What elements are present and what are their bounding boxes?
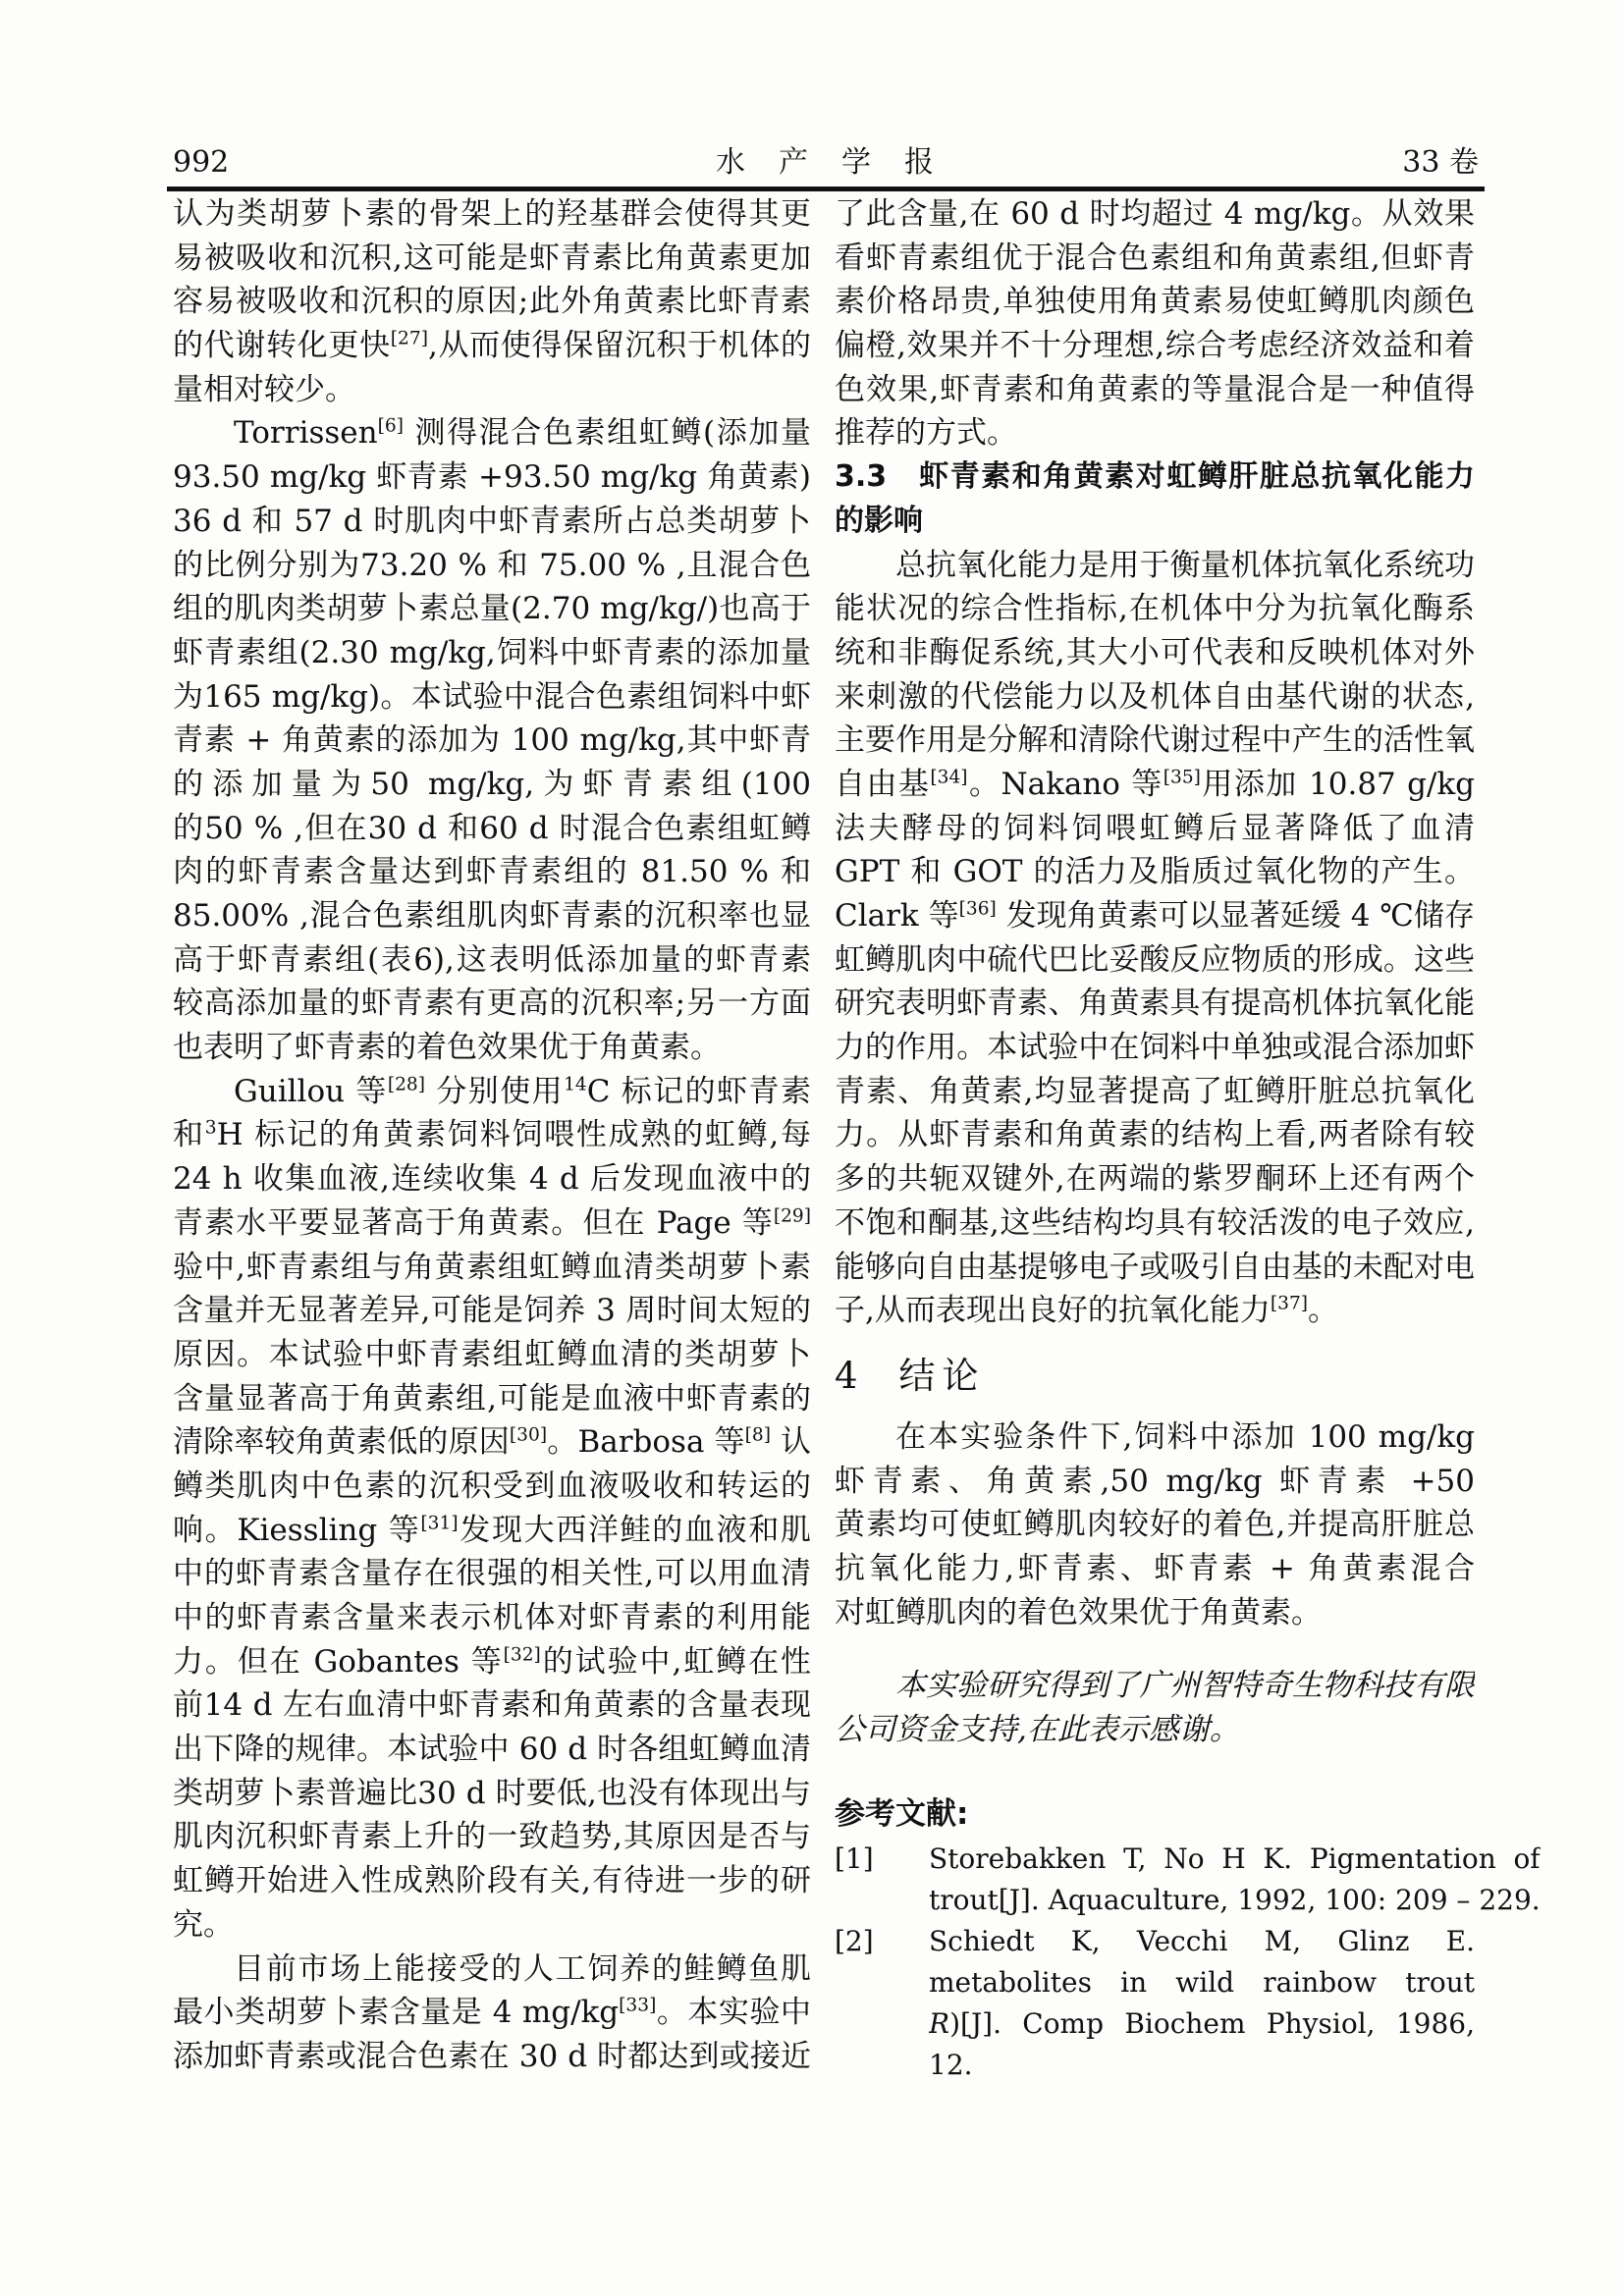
text-line: 组的肌肉类胡萝卜素总量(2.70 mg/kg/)也高于	[173, 587, 811, 631]
text-line: 公司资金支持,在此表示感谢。	[835, 1708, 1475, 1752]
volume-label: 33 卷	[1402, 143, 1479, 183]
citation-superscript: [32]	[504, 1644, 541, 1665]
text-line: 和3H 标记的角黄素饲料饲喂性成熟的虹鳟,每	[173, 1113, 811, 1157]
journal-title: 水 产 学 报	[173, 143, 1479, 183]
text-line: Torrissen[6] 测得混合色素组虹鳟(添加量为	[173, 411, 811, 455]
text-line: 最小类胡萝卜素含量是 4 mg/kg[33]。本实验中	[173, 1991, 811, 2035]
text-line: 参考文献:	[835, 1789, 1475, 1839]
citation-superscript: [6]	[378, 416, 404, 437]
text-line: 本实验研究得到了广州智特奇生物科技有限	[835, 1664, 1475, 1708]
citation-superscript: [27]	[391, 329, 428, 349]
acknowledgement: 本实验研究得到了广州智特奇生物科技有限公司资金支持,在此表示感谢。	[835, 1664, 1475, 1751]
reference-text: Schiedt K, Vecchi M, Glinz E. Astaxanthi…	[929, 1921, 1475, 2086]
text-line: 易被吸收和沉积,这可能是虾青素比角黄素更加	[173, 237, 811, 281]
text-line: 添加虾青素或混合色素在 30 d 时都达到或接近	[173, 2035, 811, 2079]
text-line: 抗氧化能力,虾青素、虾青素 + 角黄素混合(1:1)	[835, 1547, 1475, 1591]
text-line: 法夫酵母的饲料饲喂虹鳟后显著降低了血清	[835, 807, 1475, 851]
citation-superscript: 14	[564, 1074, 587, 1095]
text-line: 虹鳟开始进入性成熟阶段有关,有待进一步的研	[173, 1859, 811, 1903]
reference-item: [2]Schiedt K, Vecchi M, Glinz E. Astaxan…	[835, 1921, 1475, 2086]
citation-superscript: [36]	[959, 899, 997, 920]
text-line: 能够向自由基提够电子或吸引自由基的未配对电	[835, 1246, 1475, 1290]
text-line: 青素、角黄素,均显著提高了虹鳟肝脏总抗氧化能	[835, 1070, 1475, 1114]
text-line: 对虹鳟肌肉的着色效果优于角黄素。	[835, 1591, 1475, 1635]
citation-superscript: [37]	[1271, 1294, 1308, 1314]
species-name: R	[929, 2007, 949, 2040]
text-line: 了此含量,在 60 d 时均超过 4 mg/kg。从效果来	[835, 192, 1475, 237]
text-line: 在本实验条件下,饲料中添加 100 mg/kg 的	[835, 1415, 1475, 1460]
paragraph: 了此含量,在 60 d 时均超过 4 mg/kg。从效果来看虾青素组优于混合色素…	[835, 192, 1475, 455]
spacer	[835, 1752, 1475, 1789]
text-line: 的添加量为50 mg/kg,为虾青素组(100 mg/kg)	[173, 763, 811, 807]
text-line: 偏橙,效果并不十分理想,综合考虑经济效益和着	[835, 324, 1475, 368]
citation-superscript: [35]	[1163, 768, 1201, 788]
text-line: 93.50 mg/kg 虾青素 +93.50 mg/kg 角黄素)在	[173, 455, 811, 500]
citation-superscript: [33]	[619, 1996, 656, 2016]
paragraph: 总抗氧化能力是用于衡量机体抗氧化系统功能状况的综合性指标,在机体中分为抗氧化酶系…	[835, 544, 1475, 1333]
text-line: 肉的虾青素含量达到虾青素组的 81.50 % 和	[173, 850, 811, 894]
text-line: 来刺激的代偿能力以及机体自由基代谢的状态,	[835, 675, 1475, 720]
text-line: 色效果,虾青素和角黄素的等量混合是一种值得	[835, 368, 1475, 412]
text-line: R)[J]. Comp Biochem Physiol, 1986, 83B: …	[929, 2003, 1475, 2045]
text-line: 原因。本试验中虾青素组虹鳟血清的类胡萝卜素	[173, 1333, 811, 1377]
text-line: 验中,虾青素组与角黄素组虹鳟血清类胡萝卜素	[173, 1246, 811, 1290]
text-line: 青素水平要显著高于角黄素。但在 Page 等[29]试	[173, 1201, 811, 1246]
references-heading: 参考文献:	[835, 1789, 1475, 1839]
text-line: 素价格昂贵,单独使用角黄素易使虹鳟肌肉颜色	[835, 280, 1475, 324]
text-line: 力。但在 Gobantes 等[32]的试验中,虹鳟在性成熟	[173, 1640, 811, 1684]
subsection-heading: 3.3 虾青素和角黄素对虹鳟肝脏总抗氧化能力的影响	[835, 455, 1475, 543]
section-title: 结论	[899, 1355, 986, 1397]
text-line: 的比例分别为73.20 % 和 75.00 % ,且混合色素	[173, 544, 811, 588]
text-line: 中的虾青素含量存在很强的相关性,可以用血清	[173, 1552, 811, 1596]
citation-superscript: [29]	[774, 1205, 811, 1226]
reference-number: [1]	[835, 1839, 929, 1921]
text-line: 看虾青素组优于混合色素组和角黄素组,但虾青	[835, 237, 1475, 281]
paragraph: Torrissen[6] 测得混合色素组虹鳟(添加量为93.50 mg/kg 虾…	[173, 411, 811, 1069]
paragraph: 在本实验条件下,饲料中添加 100 mg/kg 的虾青素、角黄素,50 mg/k…	[835, 1415, 1475, 1634]
text-line: 的影响	[835, 500, 1475, 544]
text-line: 能状况的综合性指标,在机体中分为抗氧化酶系	[835, 587, 1475, 631]
text-line: 认为类胡萝卜素的骨架上的羟基群会使得其更容	[173, 192, 811, 237]
text-line: 目前市场上能接受的人工饲养的鲑鳟鱼肌肉	[173, 1948, 811, 1992]
left-column: 认为类胡萝卜素的骨架上的羟基群会使得其更容易被吸收和沉积,这可能是虾青素比角黄素…	[173, 192, 811, 2079]
text-line: 肌肉沉积虾青素上升的一致趋势,其原因是否与	[173, 1815, 811, 1859]
spacer	[835, 1634, 1475, 1664]
text-line: Guillou 等[28] 分别使用14C 标记的虾青素	[173, 1070, 811, 1114]
text-line: 虹鳟肌肉中硫代巴比妥酸反应物质的形成。这些	[835, 938, 1475, 983]
paragraph: 认为类胡萝卜素的骨架上的羟基群会使得其更容易被吸收和沉积,这可能是虾青素比角黄素…	[173, 192, 811, 411]
text-line: 清除率较角黄素低的原因[30]。Barbosa 等[8] 认为	[173, 1420, 811, 1465]
text-line: 鳟类肌肉中色素的沉积受到血液吸收和转运的影	[173, 1465, 811, 1509]
citation-superscript: [8]	[745, 1425, 771, 1446]
text-line: 12.	[929, 2045, 1475, 2086]
text-line: 36 d 和 57 d 时肌肉中虾青素所占总类胡萝卜素	[173, 500, 811, 544]
text-line: 青素 + 角黄素的添加为 100 mg/kg,其中虾青素	[173, 719, 811, 763]
text-line: 也表明了虾青素的着色效果优于角黄素。	[173, 1026, 811, 1070]
text-line: 研究表明虾青素、角黄素具有提高机体抗氧化能	[835, 982, 1475, 1026]
text-line: 85.00% ,混合色素组肌肉虾青素的沉积率也显著	[173, 894, 811, 938]
journal-page: 992 水 产 学 报 33 卷 认为类胡萝卜素的骨架上的羟基群会使得其更容易被…	[0, 0, 1623, 2296]
reference-text: Storebakken T, No H K. Pigmentation of r…	[929, 1839, 1541, 1921]
text-line: 究。	[173, 1903, 811, 1948]
text-line: 子,从而表现出良好的抗氧化能力[37]。	[835, 1289, 1475, 1333]
reference-item: [1]Storebakken T, No H K. Pigmentation o…	[835, 1839, 1475, 1921]
text-line: 较高添加量的虾青素有更高的沉积率;另一方面	[173, 982, 811, 1026]
section-number: 4	[835, 1355, 858, 1397]
paragraph: Guillou 等[28] 分别使用14C 标记的虾青素和3H 标记的角黄素饲料…	[173, 1070, 811, 1948]
citation-superscript: [30]	[510, 1425, 547, 1446]
text-line: 虾青素、角黄素,50 mg/kg 虾青素 +50 mg/kg 角	[835, 1460, 1475, 1504]
text-line: 统和非酶促系统,其大小可代表和反映机体对外	[835, 631, 1475, 675]
text-line: Storebakken T, No H K. Pigmentation of r…	[929, 1839, 1541, 1880]
text-line: 容易被吸收和沉积的原因;此外角黄素比虾青素	[173, 280, 811, 324]
text-line: 黄素均可使虹鳟肌肉较好的着色,并提高肝脏总	[835, 1503, 1475, 1547]
right-column: 了此含量,在 60 d 时均超过 4 mg/kg。从效果来看虾青素组优于混合色素…	[835, 192, 1475, 2086]
text-line: 不饱和酮基,这些结构均具有较活泼的电子效应,	[835, 1201, 1475, 1246]
text-line: 出下降的规律。本试验中 60 d 时各组虹鳟血清	[173, 1728, 811, 1772]
text-line: 中的虾青素含量来表示机体对虾青素的利用能	[173, 1596, 811, 1640]
text-line: 虾青素组(2.30 mg/kg,饲料中虾青素的添加量	[173, 631, 811, 675]
text-line: 含量并无显著差异,可能是饲养 3 周时间太短的	[173, 1289, 811, 1333]
text-line: 高于虾青素组(表6),这表明低添加量的虾青素	[173, 938, 811, 983]
text-line: 含量显著高于角黄素组,可能是血液中虾青素的	[173, 1377, 811, 1421]
text-line: trout[J]. Aquaculture, 1992, 100: 209 – …	[929, 1880, 1541, 1921]
text-line: 类胡萝卜素普遍比30 d 时要低,也没有体现出与	[173, 1772, 811, 1816]
text-line: 总抗氧化能力是用于衡量机体抗氧化系统功	[835, 544, 1475, 588]
text-line: 24 h 收集血液,连续收集 4 d 后发现血液中的虾	[173, 1157, 811, 1201]
page-header: 992 水 产 学 报 33 卷	[173, 143, 1479, 183]
paragraph: 目前市场上能接受的人工饲养的鲑鳟鱼肌肉最小类胡萝卜素含量是 4 mg/kg[33…	[173, 1948, 811, 2079]
reference-number: [2]	[835, 1921, 929, 2086]
text-line: Schiedt K, Vecchi M, Glinz E. Astaxanthi…	[929, 1921, 1475, 1962]
text-line: 推荐的方式。	[835, 411, 1475, 455]
text-line: 多的共轭双键外,在两端的紫罗酮环上还有两个	[835, 1157, 1475, 1201]
text-line: 的50 % ,但在30 d 和60 d 时混合色素组虹鳟肌	[173, 807, 811, 851]
text-line: 力的作用。本试验中在饲料中单独或混合添加虾	[835, 1026, 1475, 1070]
text-line: 量相对较少。	[173, 368, 811, 412]
text-line: 自由基[34]。Nakano 等[35]用添加 10.87 g/kg 红	[835, 763, 1475, 807]
text-line: 的代谢转化更快[27],从而使得保留沉积于机体的	[173, 324, 811, 368]
citation-superscript: [31]	[420, 1513, 458, 1533]
citation-superscript: 3	[205, 1118, 217, 1139]
citation-superscript: [28]	[388, 1074, 425, 1095]
text-line: 前14 d 左右血清中虾青素和角黄素的含量表现	[173, 1683, 811, 1728]
text-line: 主要作用是分解和清除代谢过程中产生的活性氧	[835, 719, 1475, 763]
text-line: Clark 等[36] 发现角黄素可以显著延缓 4 ℃储存下	[835, 894, 1475, 938]
text-line: metabolites in wild rainbow trout (Salmo…	[929, 1962, 1475, 2003]
text-line: 为165 mg/kg)。本试验中混合色素组饲料中虾	[173, 675, 811, 720]
citation-superscript: [34]	[930, 768, 967, 788]
text-line: GPT 和 GOT 的活力及脂质过氧化物的产生。	[835, 850, 1475, 894]
text-line: 响。Kiessling 等[31]发现大西洋鲑的血液和肌肉	[173, 1509, 811, 1553]
text-line: 力。从虾青素和角黄素的结构上看,两者除有较	[835, 1113, 1475, 1157]
section-heading: 4结论	[835, 1351, 1475, 1402]
text-line: 3.3 虾青素和角黄素对虹鳟肝脏总抗氧化能力	[835, 455, 1475, 500]
header-rule	[167, 187, 1485, 191]
